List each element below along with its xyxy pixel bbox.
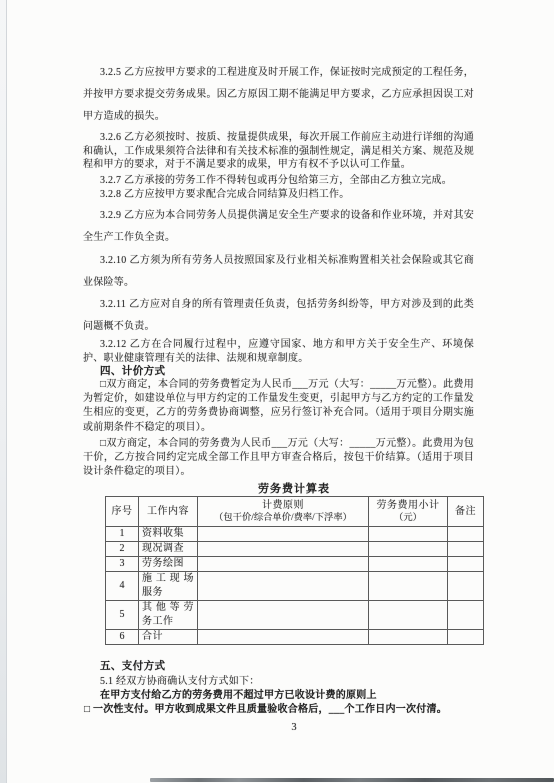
cell-content: 合计 — [139, 630, 198, 645]
cell-principle — [198, 601, 369, 630]
clause-3-2-5: 3.2.5 乙方应按甲方要求的工程进度及时开展工作，保证按时完成预定的工程任务，… — [83, 62, 474, 128]
header-principle-sublabel: （包干价/综合单价/费率/下浮率） — [201, 512, 365, 525]
scan-left-edge — [0, 0, 7, 783]
payment-clause-5-1: 5.1 经双方协商确认支付方式如下： — [100, 672, 260, 687]
cell-note — [448, 601, 484, 630]
clause-3-2-8: 3.2.8 乙方应按甲方要求配合完成合同结算及归档工作。 — [83, 188, 474, 202]
table-row: 4 施工现场服务 — [106, 572, 484, 601]
cell-no: 1 — [106, 527, 139, 542]
clause-3-2-10: 3.2.10 乙方须为所有劳务人员按照国家及行业相关标准购置相关社会保险或其它商… — [83, 250, 474, 294]
page-number: 3 — [105, 722, 483, 733]
header-principle-label: 计费原则 — [201, 499, 365, 512]
scan-bottom-edge-artifact — [150, 778, 554, 782]
clause-3-2-12: 3.2.12 乙方在合同履行过程中，应遵守国家、地方和甲方关于安全生产、环境保护… — [83, 338, 474, 365]
cell-subtotal — [369, 601, 448, 630]
cell-no: 2 — [106, 542, 139, 557]
section-heading-payment: 五、支付方式 — [100, 658, 165, 673]
cell-note — [448, 630, 484, 645]
scanned-contract-page: 3.2.5 乙方应按甲方要求的工程进度及时开展工作，保证按时完成预定的工程任务，… — [0, 0, 554, 783]
cell-subtotal — [369, 630, 448, 645]
cell-content: 现况调查 — [139, 542, 198, 557]
fee-table-title: 劳务费计算表 — [105, 480, 483, 496]
payment-principle-line: 在甲方支付给乙方的劳务费用不超过甲方已收设计费的原则上 — [100, 686, 377, 701]
cell-note — [448, 542, 484, 557]
header-no-label: 序号 — [112, 506, 133, 517]
cell-note — [448, 557, 484, 572]
cell-principle — [198, 557, 369, 572]
cell-principle — [198, 572, 369, 601]
header-subtotal-sublabel: （元） — [372, 512, 444, 525]
cell-note — [448, 527, 484, 542]
header-subtotal-label: 劳务费用小计 — [372, 499, 444, 512]
pricing-option-lumpsum: □双方商定，本合同的劳务费为人民币___万元（大写：_____万元整）。此费用为… — [83, 437, 474, 480]
table-row: 6 合计 — [106, 630, 484, 645]
fee-table-header-principle: 计费原则 （包干价/综合单价/费率/下浮率） — [198, 497, 369, 527]
clause-3-2-6: 3.2.6 乙方必须按时、按质、按量提供成果，每次开展工作前应主动进行详细的沟通… — [83, 131, 474, 172]
cell-content: 劳务绘图 — [139, 557, 198, 572]
payment-option-onetime: □ 一次性支付。甲方收到成果文件且质量验收合格后，___个工作日内一次付清。 — [84, 703, 464, 717]
cell-subtotal — [369, 527, 448, 542]
cell-content: 其他等劳务工作 — [139, 601, 198, 630]
section-heading-pricing: 四、计价方式 — [100, 363, 165, 378]
table-row: 5 其他等劳务工作 — [106, 601, 484, 630]
cell-no: 6 — [106, 630, 139, 645]
cell-no: 5 — [106, 601, 139, 630]
fee-table-header-subtotal: 劳务费用小计 （元） — [369, 497, 448, 527]
cell-principle — [198, 630, 369, 645]
header-note-label: 备注 — [455, 506, 476, 517]
header-content-label: 工作内容 — [147, 506, 189, 517]
cell-content: 施工现场服务 — [139, 572, 198, 601]
pricing-option-provisional: □双方商定，本合同的劳务费暂定为人民币___万元（大写：_____万元整）。此费… — [83, 378, 474, 435]
table-row: 3 劳务绘图 — [106, 557, 484, 572]
fee-table-header-no: 序号 — [106, 497, 139, 527]
cell-note — [448, 572, 484, 601]
clause-3-2-11: 3.2.11 乙方应对自身的所有管理责任负责，包括劳务纠纷等，甲方对涉及到的此类… — [83, 294, 474, 338]
fee-table-header-content: 工作内容 — [139, 497, 198, 527]
cell-no: 3 — [106, 557, 139, 572]
cell-principle — [198, 527, 369, 542]
cell-subtotal — [369, 572, 448, 601]
cell-content: 资料收集 — [139, 527, 198, 542]
table-row: 1 资料收集 — [106, 527, 484, 542]
fee-table: 序号 工作内容 计费原则 （包干价/综合单价/费率/下浮率） 劳务费用小计 （元… — [105, 496, 484, 645]
cell-principle — [198, 542, 369, 557]
table-row: 2 现况调查 — [106, 542, 484, 557]
fee-table-header-note: 备注 — [448, 497, 484, 527]
fee-table-header-row: 序号 工作内容 计费原则 （包干价/综合单价/费率/下浮率） 劳务费用小计 （元… — [106, 497, 484, 527]
cell-subtotal — [369, 557, 448, 572]
cell-subtotal — [369, 542, 448, 557]
clause-3-2-9: 3.2.9 乙方应为本合同劳务人员提供满足安全生产要求的设备和作业环境，并对其安… — [83, 205, 474, 249]
clause-3-2-7: 3.2.7 乙方承接的劳务工作不得转包或再分包给第三方，全部由乙方独立完成。 — [83, 174, 474, 188]
cell-no: 4 — [106, 572, 139, 601]
